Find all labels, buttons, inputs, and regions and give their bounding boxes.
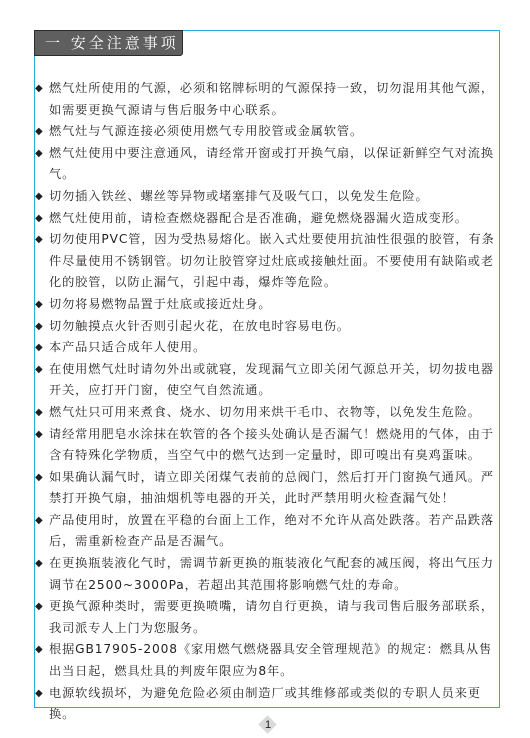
diamond-bullet-icon: ◆ [35,78,44,100]
diamond-bullet-icon: ◆ [35,294,44,316]
safety-notice-list: ◆燃气灶所使用的气源，必须和铭牌标明的气源保持一致，切勿混用其他气源，如需要更换… [35,78,497,726]
list-item: ◆燃气灶与气源连接必须使用燃气专用胶管或金属软管。 [35,121,497,143]
page-number: 1 [259,716,277,734]
diamond-bullet-icon: ◆ [35,229,44,251]
diamond-bullet-icon: ◆ [35,316,44,338]
section-title: 一 安全注意事项 [34,30,183,56]
item-text: 在使用燃气灶时请勿外出或就寝，发现漏气立即关闭气源总开关，切勿拔电器开关，应打开… [49,362,494,398]
item-text: 本产品只适合成年人使用。 [49,340,206,354]
list-item: ◆更换气源种类时，需要更换喷嘴，请勿自行更换，请与我司售后服务部联系，我司派专人… [35,596,497,639]
item-text: 切勿使用PVC管，因为受热易熔化。嵌入式灶要使用抗油性很强的胶管，有条件尽量使用… [49,232,495,289]
diamond-bullet-icon: ◆ [35,208,44,230]
item-text: 切勿插入铁丝、螺丝等异物或堵塞排气及吸气口，以免发生危险。 [49,189,429,203]
item-text: 产品使用时，放置在平稳的台面上工作，绝对不允许从高处跌落。若产品跌落后，需重新检… [49,513,494,549]
list-item: ◆如果确认漏气时，请立即关闭煤气表前的总阀门，然后打开门窗换气通风。严禁打开换气… [35,467,497,510]
diamond-bullet-icon: ◆ [35,186,44,208]
list-item: ◆燃气灶所使用的气源，必须和铭牌标明的气源保持一致，切勿混用其他气源，如需要更换… [35,78,497,121]
list-item: ◆本产品只适合成年人使用。 [35,337,497,359]
list-item: ◆切勿使用PVC管，因为受热易熔化。嵌入式灶要使用抗油性很强的胶管，有条件尽量使… [35,229,497,294]
item-text: 燃气灶使用前，请检查燃烧器配合是否准确，避免燃烧器漏火造成变形。 [49,211,468,225]
item-text: 请经常用肥皂水涂抹在软管的各个接头处确认是否漏气！燃烧用的气体，由于含有特殊化学… [49,427,494,463]
diamond-bullet-icon: ◆ [35,402,44,424]
diamond-bullet-icon: ◆ [35,121,44,143]
list-item: ◆请经常用肥皂水涂抹在软管的各个接头处确认是否漏气！燃烧用的气体，由于含有特殊化… [35,424,497,467]
item-text: 切勿触摸点火针否则引起火花，在放电时容易电伤。 [49,319,350,333]
list-item: ◆燃气灶使用前，请检查燃烧器配合是否准确，避免燃烧器漏火造成变形。 [35,208,497,230]
list-item: ◆产品使用时，放置在平稳的台面上工作，绝对不允许从高处跌落。若产品跌落后，需重新… [35,510,497,553]
list-item: ◆燃气灶使用中要注意通风，请经常开窗或打开换气扇，以保证新鲜空气对流换气。 [35,143,497,186]
list-item: ◆切勿插入铁丝、螺丝等异物或堵塞排气及吸气口，以免发生危险。 [35,186,497,208]
item-text: 在更换瓶装液化气时，需调节新更换的瓶装液化气配套的减压阀，将出气压力调节在250… [49,556,494,592]
diamond-bullet-icon: ◆ [35,359,44,381]
list-item: ◆在使用燃气灶时请勿外出或就寝，发现漏气立即关闭气源总开关，切勿拔电器开关，应打… [35,359,497,402]
item-text: 燃气灶使用中要注意通风，请经常开窗或打开换气扇，以保证新鲜空气对流换气。 [49,146,494,182]
page-number-label: 1 [259,716,277,734]
item-text: 根据GB17905-2008《家用燃气燃烧器具安全管理规范》的规定：燃具从售出当… [49,642,492,678]
diamond-bullet-icon: ◆ [35,337,44,359]
diamond-bullet-icon: ◆ [35,424,44,446]
item-text: 燃气灶只可用来煮食、烧水、切勿用来烘干毛巾、衣物等，以免发生危险。 [49,405,481,419]
list-item: ◆切勿将易燃物品置于灶底或接近灶身。 [35,294,497,316]
item-text: 燃气灶所使用的气源，必须和铭牌标明的气源保持一致，切勿混用其他气源，如需要更换气… [49,81,494,117]
diamond-bullet-icon: ◆ [35,639,44,661]
diamond-bullet-icon: ◆ [35,683,44,705]
list-item: ◆切勿触摸点火针否则引起火花，在放电时容易电伤。 [35,316,497,338]
item-text: 切勿将易燃物品置于灶底或接近灶身。 [49,297,272,311]
diamond-bullet-icon: ◆ [35,143,44,165]
item-text: 更换气源种类时，需要更换喷嘴，请勿自行更换，请与我司售后服务部联系，我司派专人上… [49,599,494,635]
list-item: ◆根据GB17905-2008《家用燃气燃烧器具安全管理规范》的规定：燃具从售出… [35,639,497,682]
diamond-bullet-icon: ◆ [35,510,44,532]
list-item: ◆燃气灶只可用来煮食、烧水、切勿用来烘干毛巾、衣物等，以免发生危险。 [35,402,497,424]
diamond-bullet-icon: ◆ [35,553,44,575]
item-text: 燃气灶与气源连接必须使用燃气专用胶管或金属软管。 [49,124,363,138]
diamond-bullet-icon: ◆ [35,467,44,489]
item-text: 如果确认漏气时，请立即关闭煤气表前的总阀门，然后打开门窗换气通风。严禁打开换气扇… [49,470,494,506]
diamond-bullet-icon: ◆ [35,596,44,618]
list-item: ◆在更换瓶装液化气时，需调节新更换的瓶装液化气配套的减压阀，将出气压力调节在25… [35,553,497,596]
